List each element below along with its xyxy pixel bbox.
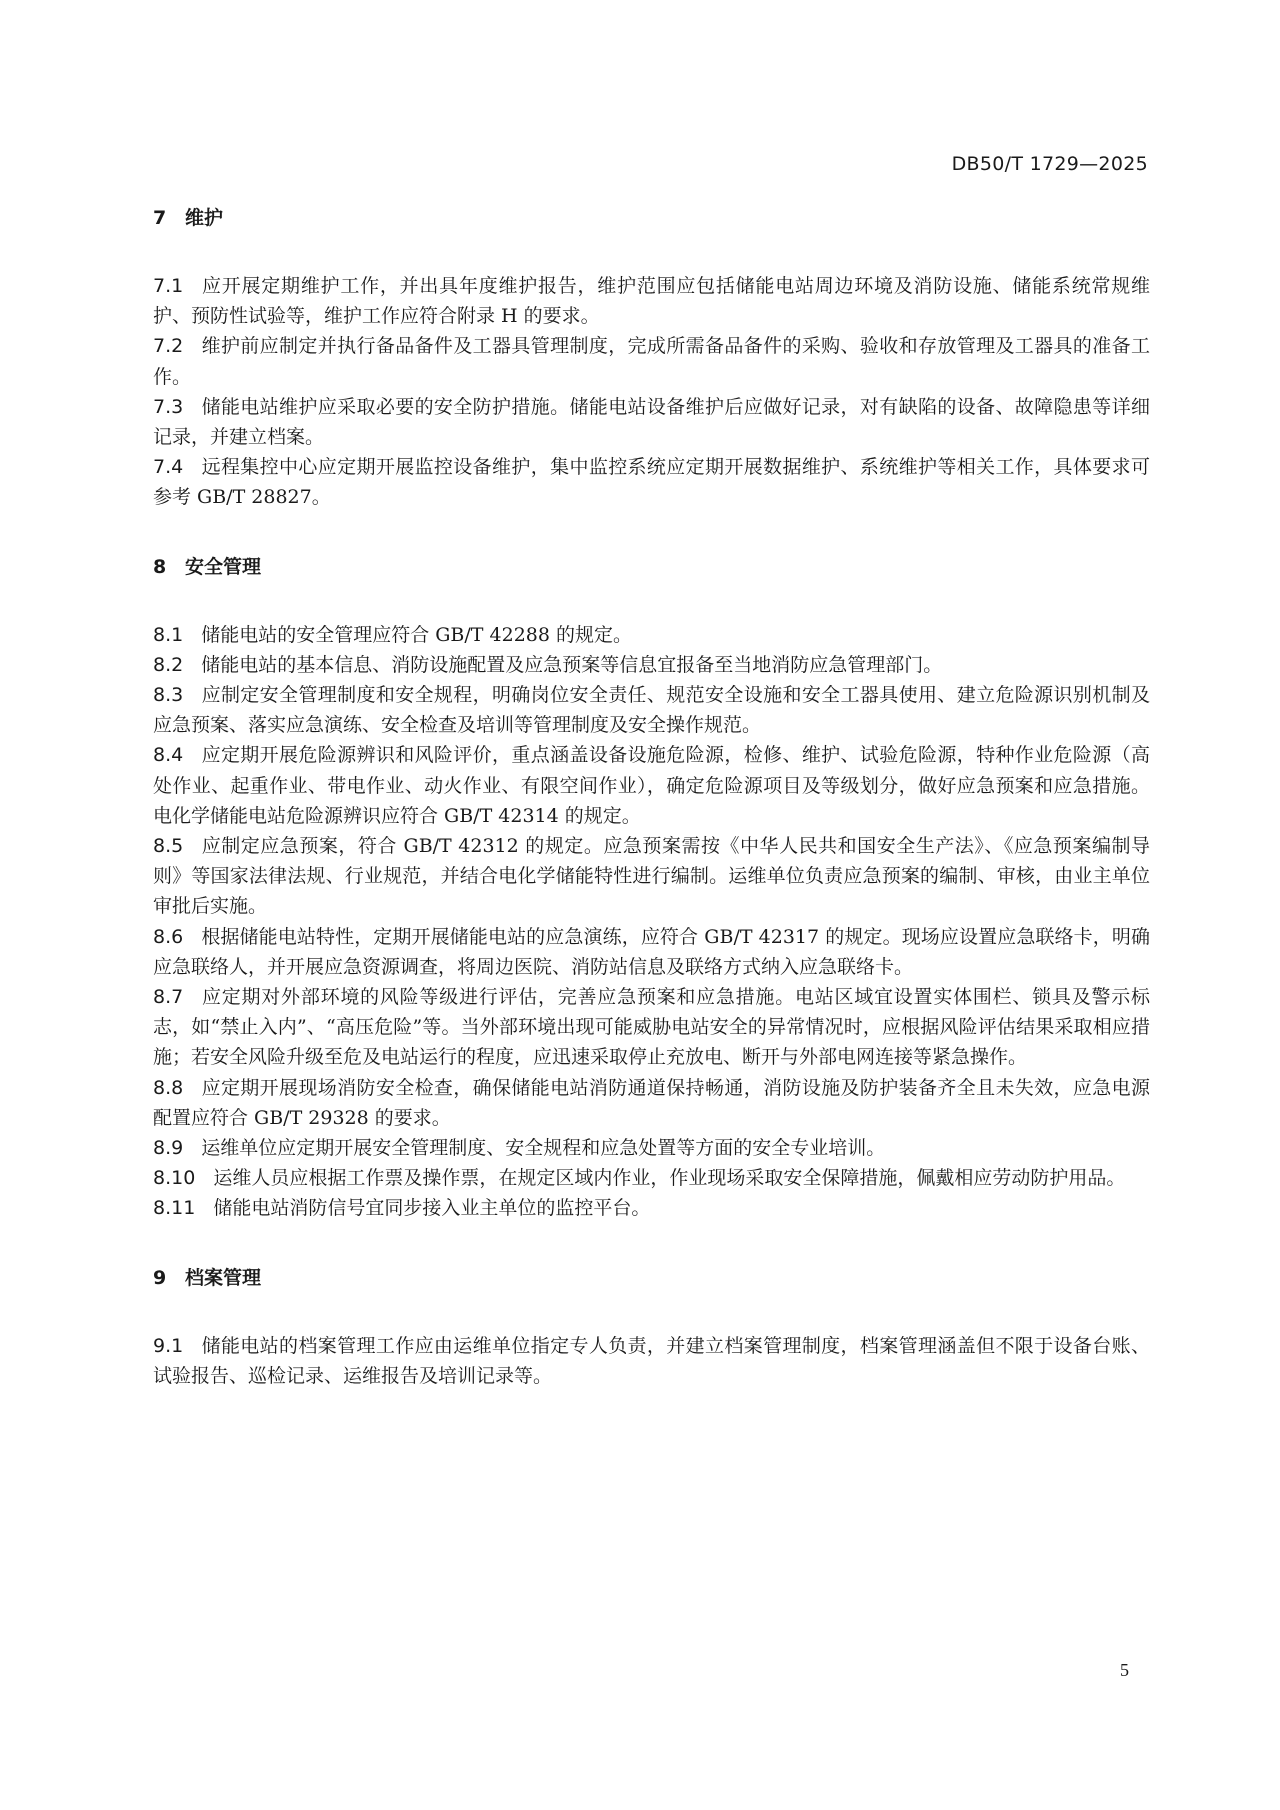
clause-8-3: 8.3应制定安全管理制度和安全规程，明确岗位安全责任、规范安全设施和安全工器具使… [153, 680, 1150, 740]
clause-text: 储能电站维护应采取必要的安全防护措施。储能电站设备维护后应做好记录，对有缺陷的设… [153, 396, 1150, 448]
document-page: DB50/T 1729—2025 7维护 7.1应开展定期维护工作，并出具年度维… [0, 0, 1280, 1810]
section-heading-9: 9档案管理 [153, 1263, 1150, 1293]
clause-8-9: 8.9运维单位应定期开展安全管理制度、安全规程和应急处置等方面的安全专业培训。 [153, 1133, 1150, 1163]
section-heading-8: 8安全管理 [153, 552, 1150, 582]
document-code: DB50/T 1729—2025 [952, 153, 1148, 175]
clause-number: 7.2 [153, 331, 201, 361]
clause-7-1: 7.1应开展定期维护工作，并出具年度维护报告，维护范围应包括储能电站周边环境及消… [153, 271, 1150, 331]
clause-text: 应开展定期维护工作，并出具年度维护报告，维护范围应包括储能电站周边环境及消防设施… [153, 275, 1150, 327]
clause-7-2: 7.2维护前应制定并执行备品备件及工器具管理制度，完成所需备品备件的采购、验收和… [153, 331, 1150, 391]
clause-text: 应定期对外部环境的风险等级进行评估，完善应急预案和应急措施。电站区域宜设置实体围… [153, 986, 1150, 1068]
page-number: 5 [1120, 1660, 1129, 1681]
section-title: 档案管理 [185, 1267, 261, 1289]
clause-8-4: 8.4应定期开展危险源辨识和风险评价，重点涵盖设备设施危险源，检修、维护、试验危… [153, 740, 1150, 831]
clause-7-3: 7.3储能电站维护应采取必要的安全防护措施。储能电站设备维护后应做好记录，对有缺… [153, 392, 1150, 452]
clause-text: 运维单位应定期开展安全管理制度、安全规程和应急处置等方面的安全专业培训。 [201, 1137, 885, 1159]
clause-8-7: 8.7应定期对外部环境的风险等级进行评估，完善应急预案和应急措施。电站区域宜设置… [153, 982, 1150, 1073]
clause-number: 7.1 [153, 271, 201, 301]
clause-number: 8.6 [153, 922, 201, 952]
clause-text: 储能电站的档案管理工作应由运维单位指定专人负责，并建立档案管理制度，档案管理涵盖… [153, 1335, 1150, 1387]
clause-text: 应制定安全管理制度和安全规程，明确岗位安全责任、规范安全设施和安全工器具使用、建… [153, 684, 1150, 736]
clause-number: 8.3 [153, 680, 201, 710]
clause-number: 8.2 [153, 650, 201, 680]
clause-number: 8.5 [153, 831, 201, 861]
clause-number: 8.7 [153, 982, 201, 1012]
section-number: 9 [153, 1263, 185, 1293]
clause-8-2: 8.2储能电站的基本信息、消防设施配置及应急预案等信息宜报备至当地消防应急管理部… [153, 650, 1150, 680]
document-body: 7维护 7.1应开展定期维护工作，并出具年度维护报告，维护范围应包括储能电站周边… [153, 203, 1150, 1391]
clause-text: 应定期开展危险源辨识和风险评价，重点涵盖设备设施危险源，检修、维护、试验危险源，… [153, 744, 1150, 826]
section-title: 安全管理 [185, 556, 261, 578]
section-number: 7 [153, 203, 185, 233]
clause-text: 应定期开展现场消防安全检查，确保储能电站消防通道保持畅通，消防设施及防护装备齐全… [153, 1077, 1150, 1129]
clause-number: 8.4 [153, 740, 201, 770]
clause-8-10: 8.10运维人员应根据工作票及操作票，在规定区域内作业，作业现场采取安全保障措施… [153, 1163, 1150, 1193]
clause-text: 根据储能电站特性，定期开展储能电站的应急演练，应符合 GB/T 42317 的规… [153, 926, 1150, 978]
clause-number: 8.9 [153, 1133, 201, 1163]
clause-number: 7.3 [153, 392, 201, 422]
clause-8-11: 8.11储能电站消防信号宜同步接入业主单位的监控平台。 [153, 1193, 1150, 1223]
clause-text: 维护前应制定并执行备品备件及工器具管理制度，完成所需备品备件的采购、验收和存放管… [153, 335, 1150, 387]
clause-text: 储能电站的基本信息、消防设施配置及应急预案等信息宜报备至当地消防应急管理部门。 [201, 654, 942, 676]
clause-number: 7.4 [153, 452, 201, 482]
section-number: 8 [153, 552, 185, 582]
clause-7-4: 7.4远程集控中心应定期开展监控设备维护，集中监控系统应定期开展数据维护、系统维… [153, 452, 1150, 512]
clause-number: 8.1 [153, 620, 201, 650]
clause-number: 8.10 [153, 1163, 213, 1193]
clause-text: 运维人员应根据工作票及操作票，在规定区域内作业，作业现场采取安全保障措施，佩戴相… [213, 1167, 1125, 1189]
clause-9-1: 9.1储能电站的档案管理工作应由运维单位指定专人负责，并建立档案管理制度，档案管… [153, 1331, 1150, 1391]
section-title: 维护 [185, 207, 223, 229]
clause-8-8: 8.8应定期开展现场消防安全检查，确保储能电站消防通道保持畅通，消防设施及防护装… [153, 1073, 1150, 1133]
clause-text: 远程集控中心应定期开展监控设备维护，集中监控系统应定期开展数据维护、系统维护等相… [153, 456, 1150, 508]
clause-8-5: 8.5应制定应急预案，符合 GB/T 42312 的规定。应急预案需按《中华人民… [153, 831, 1150, 922]
clause-text: 储能电站的安全管理应符合 GB/T 42288 的规定。 [201, 624, 632, 646]
section-heading-7: 7维护 [153, 203, 1150, 233]
clause-text: 储能电站消防信号宜同步接入业主单位的监控平台。 [213, 1197, 650, 1219]
clause-number: 8.8 [153, 1073, 201, 1103]
clause-8-6: 8.6根据储能电站特性，定期开展储能电站的应急演练，应符合 GB/T 42317… [153, 922, 1150, 982]
clause-number: 8.11 [153, 1193, 213, 1223]
clause-8-1: 8.1储能电站的安全管理应符合 GB/T 42288 的规定。 [153, 620, 1150, 650]
clause-number: 9.1 [153, 1331, 201, 1361]
clause-text: 应制定应急预案，符合 GB/T 42312 的规定。应急预案需按《中华人民共和国… [153, 835, 1150, 917]
